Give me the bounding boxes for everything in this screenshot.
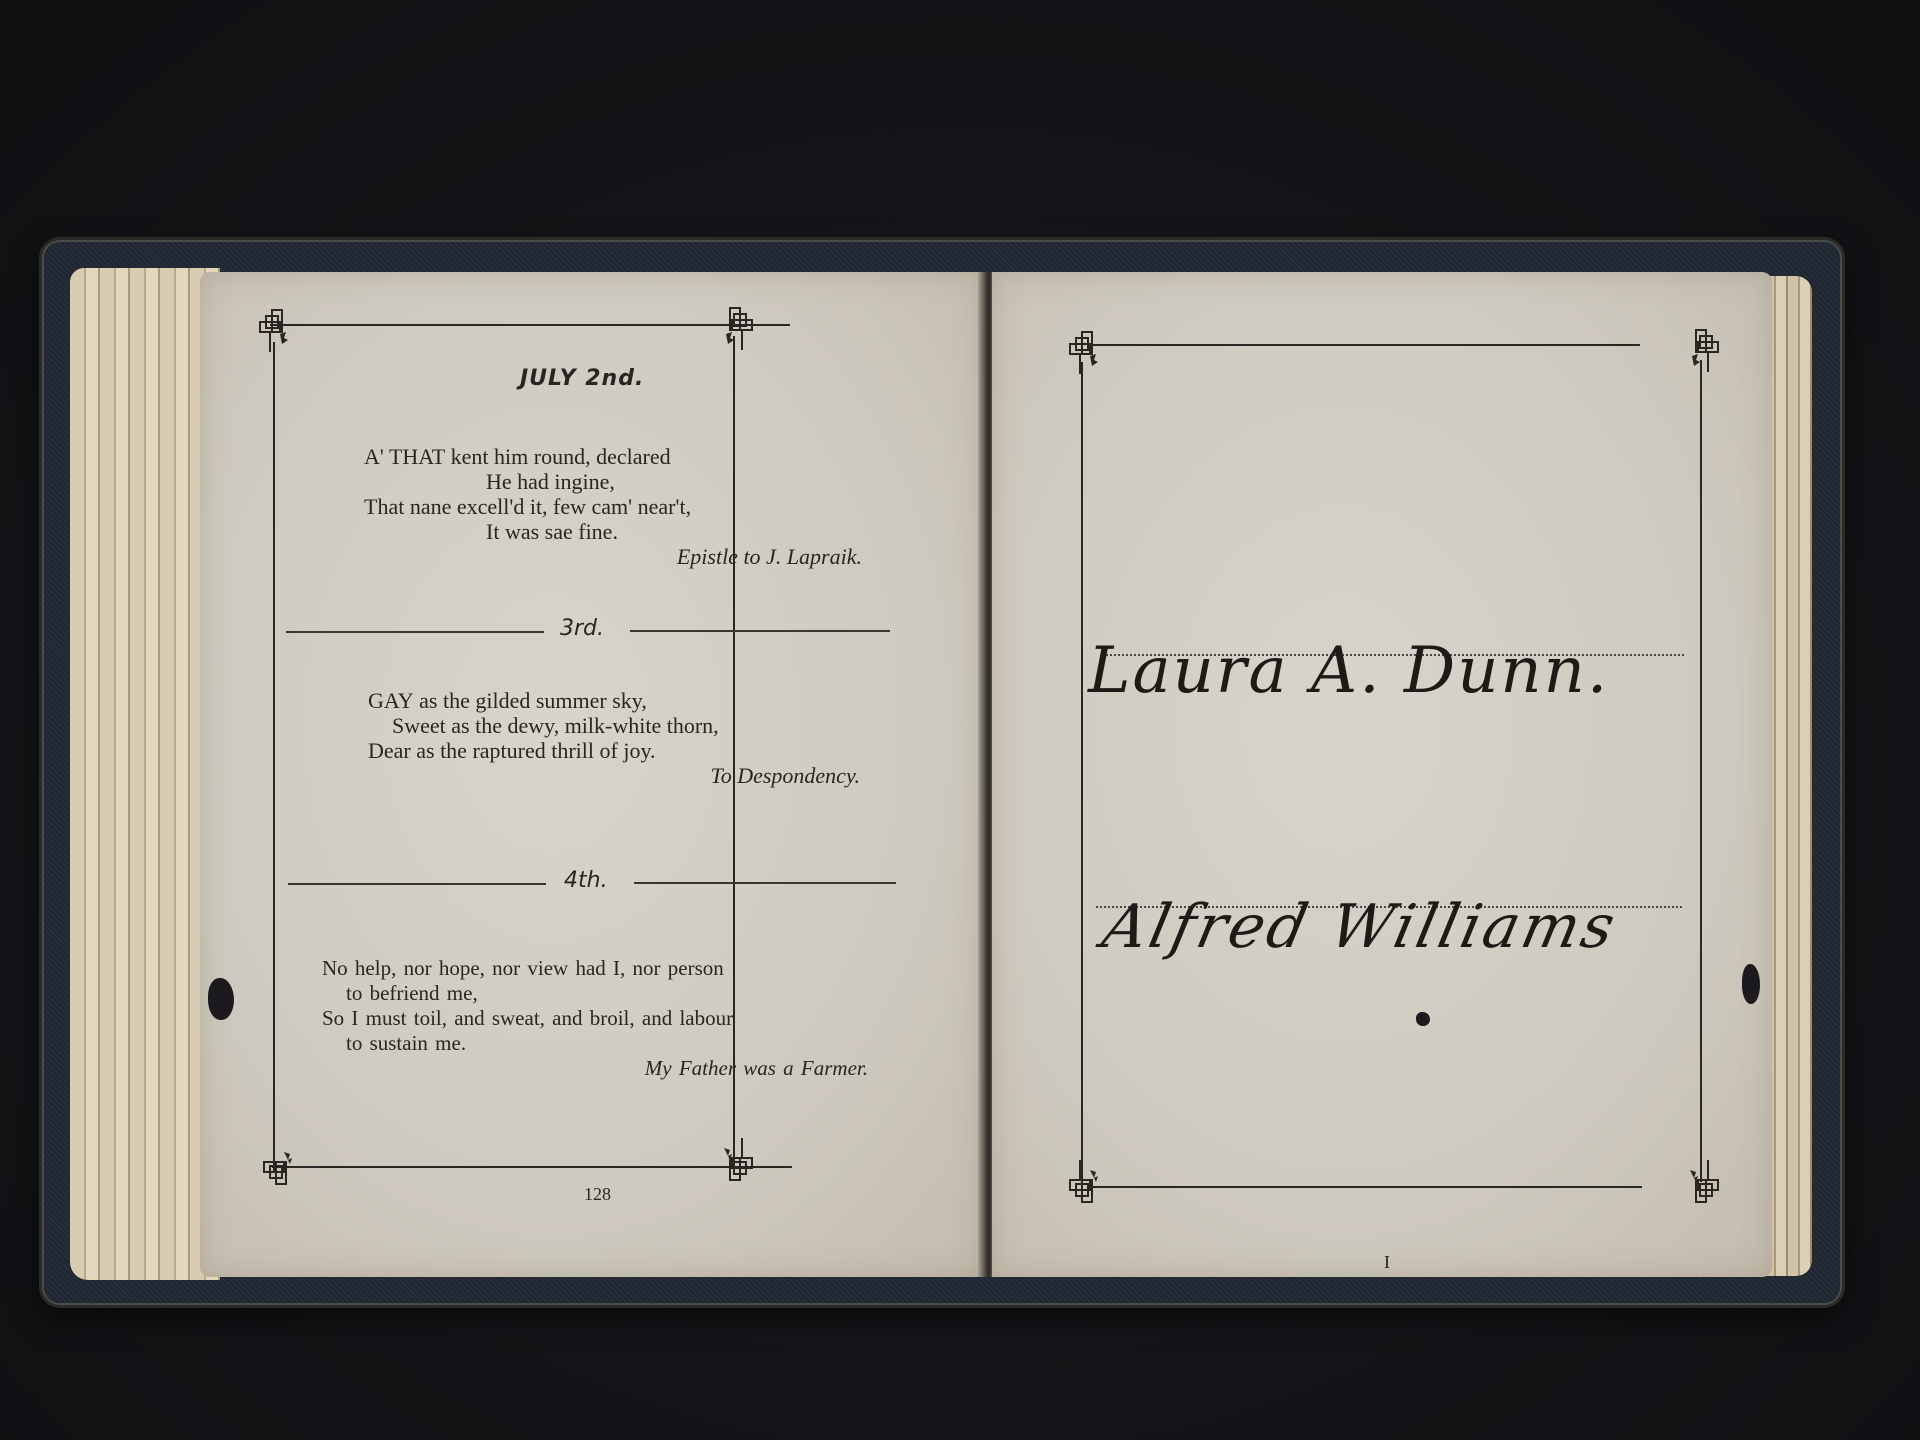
poem-entry-july-3: GAY as the gilded summer sky, Sweet as t…: [368, 688, 868, 788]
poem-line: GAY as the gilded summer sky,: [368, 688, 868, 713]
poem-entry-july-4: No help, nor hope, nor view had I, nor p…: [322, 956, 878, 1081]
left-page-stack-edges: [70, 268, 220, 1280]
ink-spot: [1416, 1012, 1430, 1026]
poem-line: That nane excell'd it, few cam' near't,: [364, 494, 864, 519]
corner-ornament-icon: [1066, 328, 1112, 374]
right-page: Laura A. Dunn. Alfred Williams I: [992, 272, 1772, 1277]
corner-ornament-icon: [256, 306, 302, 352]
poem-line: A' THAT kent him round, declared: [364, 444, 864, 469]
handwritten-signature-alfred-williams: Alfred Williams: [1097, 892, 1624, 962]
handwritten-signature-laura-dunn: Laura A. Dunn.: [1088, 634, 1609, 708]
poem-attribution: Epistle to J. Lapraik.: [364, 544, 862, 569]
day-heading: 4th.: [564, 868, 608, 893]
poem-line: to befriend me,: [322, 981, 878, 1006]
page-number: I: [1384, 1252, 1390, 1273]
poem-line: It was sae fine.: [364, 519, 864, 544]
corner-ornament-icon: [1066, 1160, 1112, 1206]
poem-attribution: To Despondency.: [368, 763, 860, 788]
poem-line: No help, nor hope, nor view had I, nor p…: [322, 956, 878, 981]
corner-ornament-icon: [1676, 326, 1722, 372]
poem-attribution: My Father was a Farmer.: [322, 1056, 868, 1081]
poem-line: Dear as the raptured thrill of joy.: [368, 738, 868, 763]
corner-ornament-icon: [1676, 1160, 1722, 1206]
poem-line: So I must toil, and sweat, and broil, an…: [322, 1006, 878, 1031]
ink-blot: [1742, 964, 1760, 1004]
corner-ornament-icon: [710, 304, 756, 350]
left-page: JULY 2nd. A' THAT kent him round, declar…: [200, 272, 982, 1277]
poem-line: to sustain me.: [322, 1031, 878, 1056]
page-number: 128: [584, 1184, 611, 1205]
ink-blot: [208, 978, 234, 1020]
date-heading: JULY 2nd.: [520, 366, 644, 391]
section-divider: [630, 630, 890, 632]
day-heading: 3rd.: [560, 616, 604, 641]
section-divider: [288, 883, 546, 885]
poem-line: Sweet as the dewy, milk-white thorn,: [368, 713, 868, 738]
section-divider: [634, 882, 896, 884]
section-divider: [286, 631, 544, 633]
poem-entry-july-2: A' THAT kent him round, declared He had …: [364, 444, 864, 569]
poem-line: He had ingine,: [364, 469, 864, 494]
corner-ornament-icon: [260, 1142, 306, 1188]
corner-ornament-icon: [710, 1138, 756, 1184]
